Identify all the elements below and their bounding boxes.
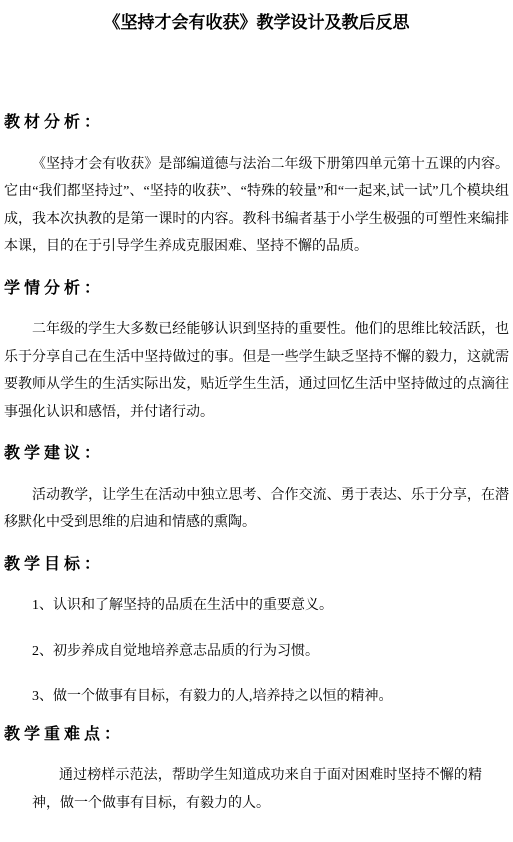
document-title: 《坚持才会有收获》教学设计及教后反思 — [4, 11, 509, 35]
material-analysis-paragraph: 《坚持才会有收获》是部编道德与法治二年级下册第四单元第十五课的内容。它由“我们都… — [4, 151, 509, 261]
section-heading-key-difficult-points: 教学重难点： — [4, 721, 509, 749]
section-heading-learner-analysis: 学情分析： — [4, 275, 509, 303]
teaching-suggestion-paragraph: 活动教学，让学生在活动中独立思考、合作交流、勇于表达、乐于分享，在潜移默化中受到… — [4, 482, 509, 537]
section-heading-teaching-suggestion: 教学建议： — [4, 440, 509, 468]
section-heading-material-analysis: 教材分析： — [4, 109, 509, 137]
key-difficult-points-paragraph: 通过榜样示范法，帮助学生知道成功来自于面对困难时坚持不懈的精神，做一个做事有目标… — [32, 762, 482, 817]
learner-analysis-paragraph: 二年级的学生大多数已经能够认识到坚持的重要性。他们的思维比较活跃，也乐于分享自己… — [4, 316, 509, 426]
objective-item-3: 3、做一个做事有目标，有毅力的人,培养持之以恒的精神。 — [4, 683, 509, 711]
section-heading-teaching-objectives: 教学目标： — [4, 551, 509, 579]
objective-item-2: 2、初步养成自觉地培养意志品质的行为习惯。 — [4, 638, 509, 666]
objective-item-1: 1、认识和了解坚持的品质在生活中的重要意义。 — [4, 592, 509, 620]
document-page: 《坚持才会有收获》教学设计及教后反思 教材分析： 《坚持才会有收获》是部编道德与… — [0, 0, 513, 842]
